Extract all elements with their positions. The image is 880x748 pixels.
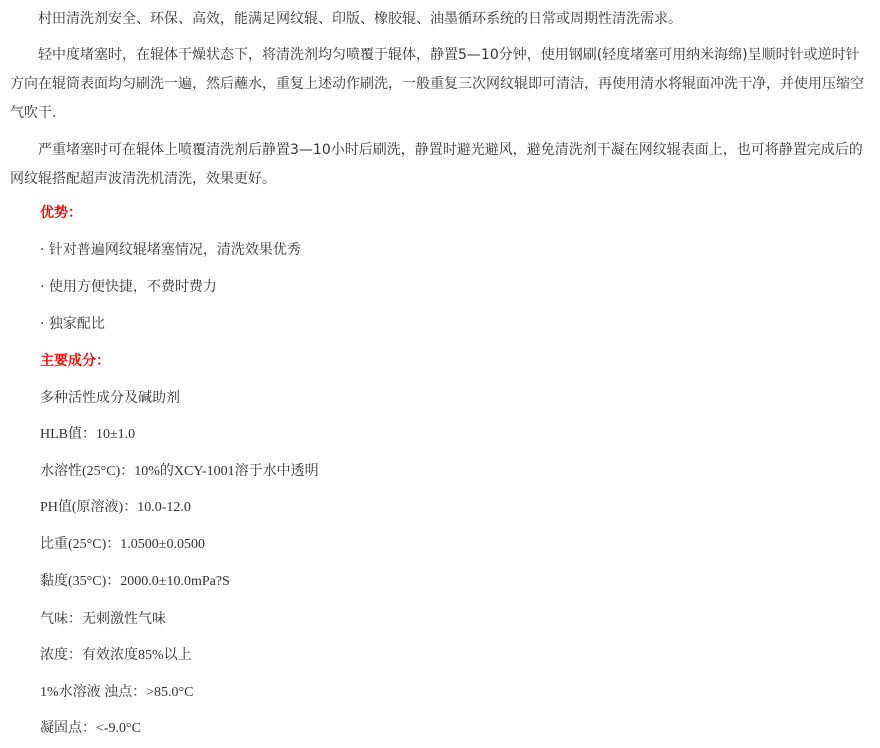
- advantages-heading: 优势：: [40, 203, 82, 223]
- intro-paragraph-3: 严重堵塞时可在辊体上喷覆清洗剂后静置3—10小时后刷洗，静置时避光避风，避免清洗…: [10, 136, 872, 194]
- composition-item-viscosity: 黏度(35°C)：2000.0±10.0mPa?S: [40, 572, 230, 592]
- intro-paragraph-1: 村田清洗剂安全、环保、高效，能满足网纹辊、印版、橡胶辊、油墨循环系统的日常或周期…: [10, 5, 872, 34]
- intro-paragraph-2: 轻中度堵塞时，在辊体干燥状态下，将清洗剂均匀喷覆于辊体，静置5—10分钟，使用钢…: [10, 41, 872, 128]
- composition-item-concentration: 浓度：有效浓度85%以上: [40, 646, 192, 666]
- advantage-item: · 针对普遍网纹辊堵塞情况，清洗效果优秀: [40, 240, 301, 260]
- composition-item-hlb: HLB值：10±1.0: [40, 425, 135, 445]
- advantage-item: · 使用方便快捷，不费时费力: [40, 277, 217, 297]
- composition-item-solubility: 水溶性(25°C)：10%的XCY-1001溶于水中透明: [40, 462, 319, 482]
- composition-item: 多种活性成分及碱助剂: [40, 388, 180, 408]
- composition-item-freezing-point: 凝固点：<-9.0°C: [40, 719, 141, 739]
- composition-item-ph: PH值(原溶液)：10.0-12.0: [40, 498, 191, 518]
- advantage-item: · 独家配比: [40, 314, 105, 334]
- composition-item-cloud-point: 1%水溶液 浊点：>85.0°C: [40, 683, 194, 703]
- composition-item-specific-gravity: 比重(25°C)：1.0500±0.0500: [40, 535, 205, 555]
- composition-heading: 主要成分：: [40, 351, 110, 371]
- composition-item-odor: 气味：无刺激性气味: [40, 609, 166, 629]
